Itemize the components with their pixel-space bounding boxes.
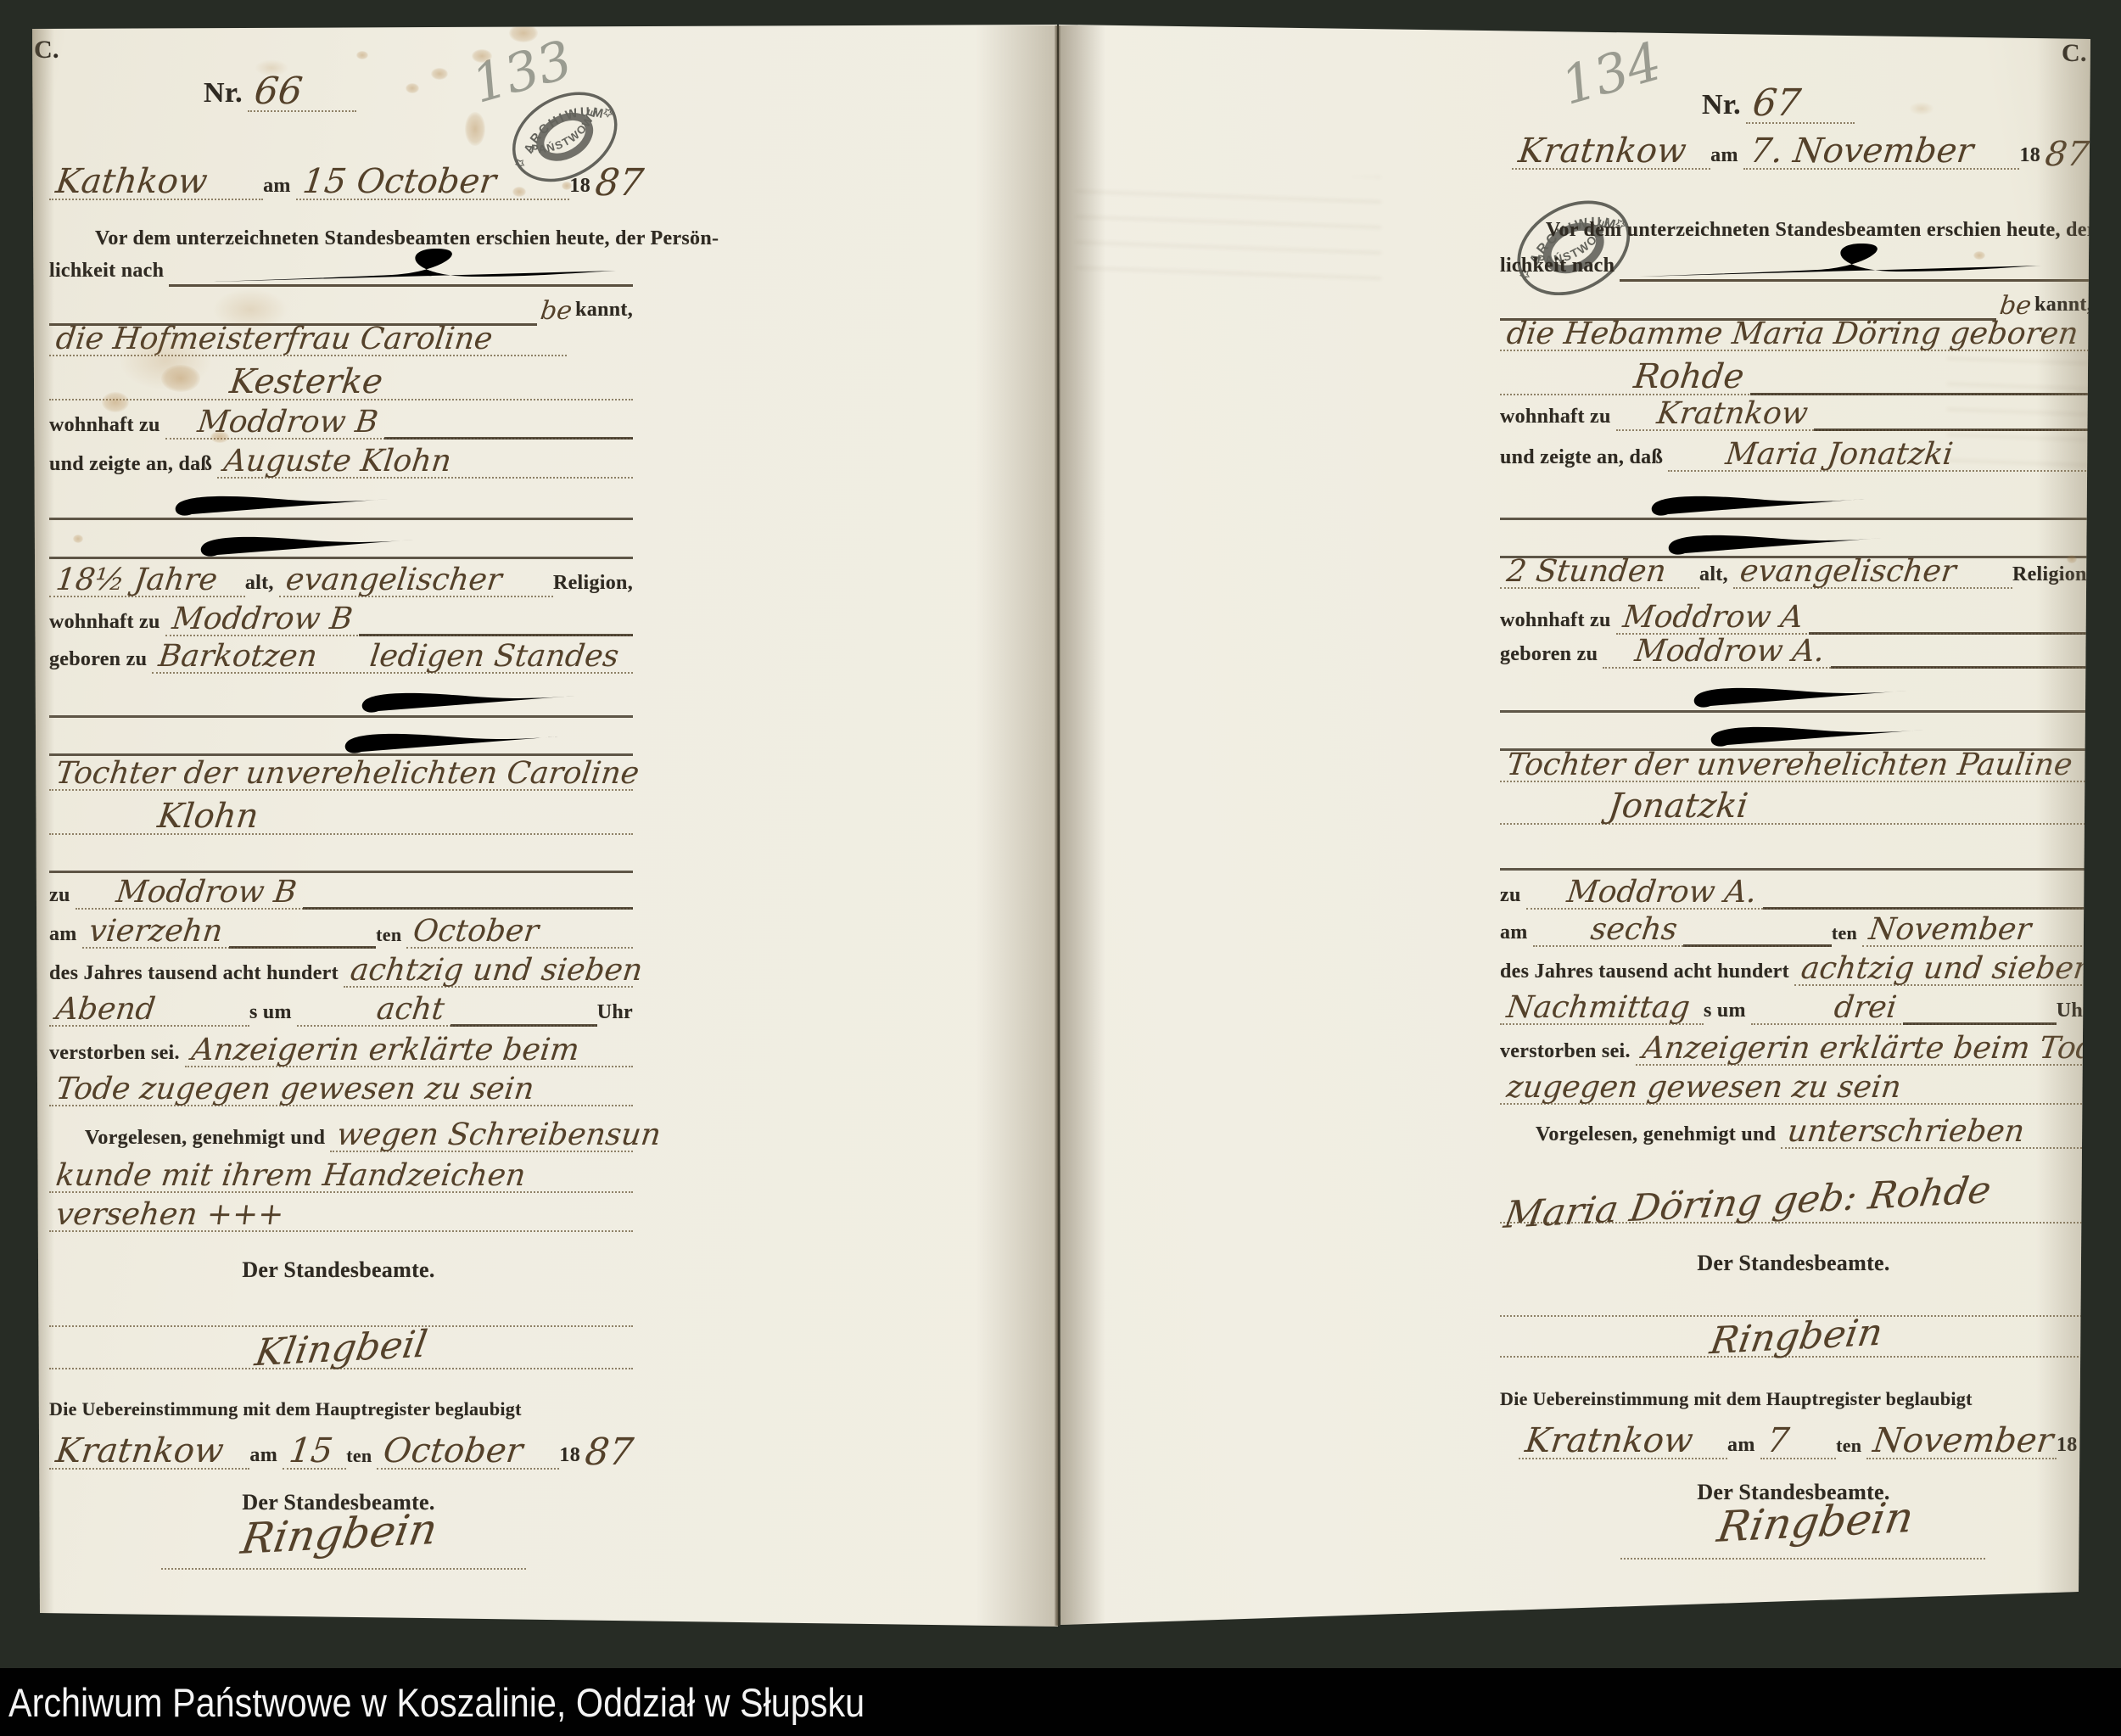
zu-label: zu	[49, 884, 76, 910]
age-religion-row: 18½ Jahre alt, evangelischer Religion,	[49, 567, 633, 597]
death-day-row: am vierzehn ten October	[49, 918, 633, 949]
standesbeamte-label: Der Standesbeamte.	[242, 1257, 439, 1285]
bekannt-row: be kannt,	[49, 299, 633, 324]
hour-value: drei	[1826, 994, 1905, 1023]
closing-row2: kunde mit ihrem Handzeichen	[49, 1162, 633, 1193]
vorgelesen-label: Vorgelesen, genehmigt und	[85, 1127, 330, 1152]
relation-line1: Tochter der unverehelichten Caroline	[48, 760, 647, 789]
certify-month: October	[375, 1436, 531, 1468]
death-note-row1: verstorben sei. Anzeigerin erklärte beim…	[1500, 1035, 2092, 1066]
bekannt-print: kannt,	[2034, 294, 2092, 319]
certify-place: Kratnkow	[1517, 1425, 1702, 1458]
closing-row1: Vorgelesen, genehmigt und wegen Schreibe…	[85, 1122, 633, 1152]
residence2-value: Moddrow A	[1615, 604, 1811, 633]
ink-bleedthrough	[1076, 176, 1381, 283]
closing2-value: kunde mit ihrem Handzeichen	[48, 1162, 534, 1191]
intro-text: Vor dem unterzeichneten Standesbeamten e…	[1546, 219, 2121, 244]
death-note-row1: verstorben sei. Anzeigerin erklärte beim	[49, 1037, 633, 1067]
relation-line1: Tochter der unverehelichten Pauline	[1498, 752, 2080, 781]
death-day-row: am sechs ten November	[1500, 916, 2092, 947]
paper-stain	[1909, 102, 1934, 115]
official-title-row: Der Standesbeamte.	[49, 1257, 633, 1285]
age-value: 18½ Jahre	[48, 567, 226, 596]
certify-label-row: Die Uebereinstimmung mit dem Hauptregist…	[1500, 1388, 1978, 1413]
uebereinstimmung-label: Die Uebereinstimmung mit dem Hauptregist…	[49, 1398, 527, 1423]
ink-bleedthrough	[1947, 356, 2087, 475]
pencil-mark	[2092, 125, 2118, 137]
death-place-row: zu Moddrow B	[49, 879, 633, 910]
nr-label: Nr.	[204, 77, 248, 112]
intro-line1: Vor dem unterzeichneten Standesbeamten e…	[95, 227, 724, 253]
ten-label: ten	[376, 924, 406, 949]
year-value: 87	[2044, 139, 2090, 170]
am-label: am	[49, 923, 82, 949]
certify-place: Kratnkow	[48, 1436, 232, 1468]
death-note-row2: zugegen gewesen zu sein	[1500, 1074, 2092, 1105]
death-hour-row: Abend s um acht Uhr	[49, 996, 633, 1027]
death-hour-row: Nachmittag s um drei Uhr	[1500, 994, 2092, 1025]
closing-row1: Vorgelesen, genehmigt und unterschrieben	[1536, 1118, 2092, 1149]
pencil-archive-number: 134	[1554, 30, 1668, 117]
year-prefix: 18	[559, 1444, 585, 1470]
death-month-value: November	[1861, 916, 2040, 945]
paper-stain	[73, 535, 83, 543]
official-signature-row2: Ringbein	[85, 1515, 594, 1554]
vorgelesen-label: Vorgelesen, genehmigt und	[1536, 1123, 1781, 1149]
declarant-line1: die Hofmeisterfrau Caroline	[48, 326, 501, 355]
death-year-value: achtzig und sieben	[1793, 955, 2101, 984]
uhr-label: Uhr	[597, 1001, 633, 1027]
separator-line	[49, 715, 633, 718]
relation-row2: Jonatzki	[1500, 791, 2092, 825]
closing-value: wegen Schreibensun	[328, 1122, 669, 1151]
relation-line2: Jonatzki	[1600, 791, 1757, 823]
separator-line	[1500, 518, 2092, 520]
page-corner-letter: C.	[2062, 39, 2087, 68]
certify-date-row: Kratnkow am 15 ten October 18 87	[49, 1436, 633, 1470]
certify-month: November	[1865, 1425, 2062, 1458]
paper-stain	[431, 68, 448, 80]
verstorben-label: verstorben sei.	[49, 1042, 185, 1067]
official-signature: Ringbein	[1700, 1315, 1891, 1360]
declarant-row1: die Hofmeisterfrau Caroline	[49, 326, 567, 356]
am-label: am	[263, 175, 296, 200]
record-number-value: 66	[245, 75, 311, 110]
alt-label: alt,	[1699, 563, 1733, 589]
reported-value: Auguste Klohn	[215, 448, 460, 477]
note1-value: Anzeigerin erklärte beim Tode	[1634, 1035, 2121, 1064]
closing-value: unterschrieben	[1779, 1118, 2033, 1147]
jahr-label: des Jahres tausend acht hundert	[49, 962, 344, 988]
official-signature2: Ringbein	[238, 1510, 439, 1559]
bekannt-hand: be	[535, 300, 577, 324]
am-label: am	[1500, 921, 1533, 947]
death-note-row2: Tode zugegen gewesen zu sein	[49, 1076, 633, 1106]
paper-stain	[356, 51, 368, 59]
residence-value: Moddrow B	[189, 409, 386, 438]
death-place-row: zu Moddrow A.	[1500, 879, 2092, 910]
residence-value: Kratnkow	[1648, 400, 1816, 429]
record-number-row: Nr. 66	[204, 75, 356, 112]
date-value: 15 October	[294, 166, 504, 199]
death-place-value: Moddrow B	[107, 879, 304, 908]
declarant-signature-row: Maria Döring geb: Rohde	[1500, 1186, 2092, 1224]
am-label: am	[1727, 1434, 1760, 1459]
separator-line	[1500, 868, 2092, 871]
death-place-value: Moddrow A.	[1558, 879, 1764, 908]
year-prefix: 18	[2057, 1434, 2083, 1459]
note2-value: zugegen gewesen zu sein	[1498, 1074, 1910, 1103]
relation-row2: Klohn	[49, 801, 633, 835]
residence-row: wohnhaft zu Moddrow B	[49, 409, 633, 440]
certify-day: 7	[1758, 1425, 1797, 1458]
alt-label: alt,	[245, 572, 279, 597]
uebereinstimmung-label: Die Uebereinstimmung mit dem Hauptregist…	[1500, 1388, 1978, 1413]
official-signature-row: Klingbeil	[49, 1332, 633, 1369]
religion-value: evangelischer	[1732, 558, 1964, 587]
closing-row3: versehen +++	[49, 1201, 633, 1232]
note1-value: Anzeigerin erklärte beim	[183, 1037, 588, 1066]
lichkeit-label: lichkeit nach	[49, 260, 169, 285]
standesbeamte-label: Der Standesbeamte.	[1697, 1251, 1894, 1279]
death-year-row: des Jahres tausend acht hundert achtzig …	[49, 957, 633, 988]
death-day-value: sechs	[1581, 916, 1685, 945]
scanned-register-spread: C. Nr. 66 133 ARCHIWUM PAŃSTWOWE ✩ ✩ Kat…	[0, 0, 2121, 1736]
intro-line2-row: lichkeit nach	[1500, 255, 2092, 280]
certify-day: 15	[281, 1436, 342, 1468]
relation-line2: Klohn	[149, 801, 267, 833]
age-religion-row: 2 Stunden alt, evangelischer Religion,	[1500, 558, 2092, 589]
year-prefix: 18	[569, 175, 596, 200]
certify-year: 8	[2080, 1429, 2106, 1459]
certify-date-row: Kratnkow am 7 ten November 18 8	[1519, 1425, 2104, 1459]
official-title-row: Der Standesbeamte.	[1500, 1251, 2092, 1279]
geboren-label: geboren zu	[1500, 643, 1603, 669]
zu-label: zu	[1500, 884, 1526, 910]
separator-line	[49, 518, 633, 520]
religion-label: Religion,	[2012, 563, 2092, 589]
death-year-value: achtzig und sieben	[342, 957, 651, 986]
intro-line2-row: lichkeit nach	[49, 260, 633, 285]
birthplace-row: geboren zu Moddrow A.	[1500, 638, 2092, 669]
death-day-value: vierzehn	[80, 918, 230, 947]
archive-caption-text: Archiwum Państwowe w Koszalinie, Oddział…	[8, 1679, 865, 1726]
separator-line	[1500, 710, 2092, 713]
declarant-row2: Kesterke	[49, 367, 633, 400]
relation-row1: Tochter der unverehelichten Caroline	[49, 760, 633, 791]
record-number-row: Nr. 67	[1702, 87, 1855, 124]
wohnhaft-label: wohnhaft zu	[1500, 609, 1616, 635]
note2-value: Tode zugegen gewesen zu sein	[48, 1076, 542, 1105]
official-signature-row: Ringbein	[1500, 1320, 2092, 1358]
page-corner-letter: C.	[34, 36, 59, 64]
status-value: ledigen Standes	[361, 643, 627, 672]
relation-row1: Tochter der unverehelichten Pauline	[1500, 752, 2092, 782]
bekannt-row: be kannt,	[1500, 294, 2092, 319]
separator-line	[49, 871, 633, 873]
closing3-value: versehen +++	[48, 1201, 292, 1230]
wohnhaft-label: wohnhaft zu	[49, 414, 165, 440]
wohnhaft-label: wohnhaft zu	[1500, 406, 1616, 431]
um-label: s um	[1704, 1000, 1751, 1025]
residence2-row: wohnhaft zu Moddrow B	[49, 606, 633, 636]
declarant-line2: Rohde	[1626, 361, 1753, 394]
wohnhaft-label: wohnhaft zu	[49, 611, 165, 636]
signature-line	[1620, 1558, 1985, 1560]
um-label: s um	[249, 1001, 297, 1027]
official-signature2: Ringbein	[1715, 1498, 1916, 1547]
record-number-value: 67	[1743, 87, 1809, 122]
death-year-row: des Jahres tausend acht hundert achtzig …	[1500, 955, 2092, 986]
age-value: 2 Stunden	[1498, 558, 1675, 587]
intro-text: Vor dem unterzeichneten Standesbeamten e…	[95, 227, 724, 253]
date-value: 7. November	[1741, 136, 1981, 168]
geboren-label: geboren zu	[49, 648, 152, 674]
reported-row: und zeigte an, daß Auguste Klohn	[49, 448, 633, 479]
birthplace-row: geboren zu Barkotzenledigen Standes	[49, 643, 633, 674]
place-value: Kathkow	[48, 166, 216, 199]
paper-stain	[406, 83, 419, 93]
religion-value: evangelischer	[277, 567, 510, 596]
year-prefix: 18	[2019, 144, 2045, 170]
declarant-line1: die Hebamme Maria Döring geboren	[1498, 321, 2086, 350]
am-label: am	[249, 1444, 283, 1470]
zeigte-label: und zeigte an, daß	[49, 453, 217, 479]
religion-label: Religion,	[553, 572, 633, 597]
certify-label-row: Die Uebereinstimmung mit dem Hauptregist…	[49, 1398, 527, 1423]
death-month-value: October	[405, 918, 547, 947]
birthplace-value: Moddrow A.	[1626, 638, 1833, 667]
reported-value: Maria Jonatzki	[1717, 441, 1962, 470]
declarant-line2: Kesterke	[221, 367, 391, 399]
official-signature: Klingbeil	[246, 1327, 437, 1372]
official-signature-row2: Ringbein	[1578, 1504, 2053, 1542]
ten-label: ten	[1832, 922, 1862, 947]
certify-year: 87	[584, 1436, 635, 1470]
date-row: Kathkow am 15 October 18 87	[49, 166, 643, 200]
declarant-row1: die Hebamme Maria Döring geboren	[1500, 321, 2092, 351]
am-label: am	[1710, 144, 1743, 170]
jahr-label: des Jahres tausend acht hundert	[1500, 960, 1794, 986]
nr-label: Nr.	[1702, 89, 1746, 124]
residence2-row: wohnhaft zu Moddrow A	[1500, 604, 2092, 635]
ten-label: ten	[346, 1445, 377, 1470]
residence2-value: Moddrow B	[164, 606, 361, 635]
archive-caption-bar: Archiwum Państwowe w Koszalinie, Oddział…	[0, 1668, 2121, 1736]
birthplace-value: Barkotzen	[150, 643, 326, 672]
gutter-shadow	[976, 25, 1058, 1629]
zeigte-label: und zeigte an, daß	[1500, 446, 1668, 472]
separator-line	[49, 557, 633, 559]
lichkeit-label: lichkeit nach	[1500, 255, 1620, 280]
daytime-value: Abend	[48, 996, 164, 1025]
bekannt-hand: be	[1995, 294, 2036, 319]
ten-label: ten	[1836, 1435, 1866, 1459]
verstorben-label: verstorben sei.	[1500, 1040, 1636, 1066]
daytime-value: Nachmittag	[1498, 994, 1698, 1023]
intro-line1: Vor dem unterzeichneten Standesbeamten e…	[1546, 219, 2121, 244]
hour-value: acht	[368, 996, 453, 1025]
uhr-label: Uhr	[2057, 1000, 2092, 1025]
signature-line	[161, 1568, 526, 1570]
year-value: 87	[594, 166, 646, 200]
declarant-signature: Maria Döring geb: Rohde	[1495, 1173, 2001, 1235]
bekannt-print: kannt,	[575, 299, 633, 324]
